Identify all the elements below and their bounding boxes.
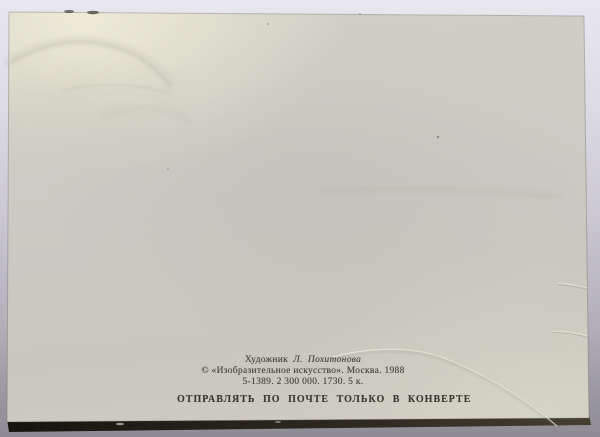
publisher-line: © «Изобразительное искусство». Москва. 1… xyxy=(177,366,429,377)
artist-label: Художник xyxy=(245,355,288,365)
imprint-block: Художник Л. Похитонова © «Изобразительно… xyxy=(177,355,429,405)
artist-name: Л. Похитонова xyxy=(293,355,361,365)
edition-line: 5-1389. 2 300 000. 1730. 5 к. xyxy=(177,377,429,388)
mailing-notice: ОТПРАВЛЯТЬ ПО ПОЧТЕ ТОЛЬКО В КОНВЕРТЕ xyxy=(177,394,429,405)
artist-line: Художник Л. Похитонова xyxy=(177,355,429,366)
postcard-back: Художник Л. Похитонова © «Изобразительно… xyxy=(0,0,600,437)
photo-backdrop: Художник Л. Похитонова © «Изобразительно… xyxy=(0,0,600,437)
